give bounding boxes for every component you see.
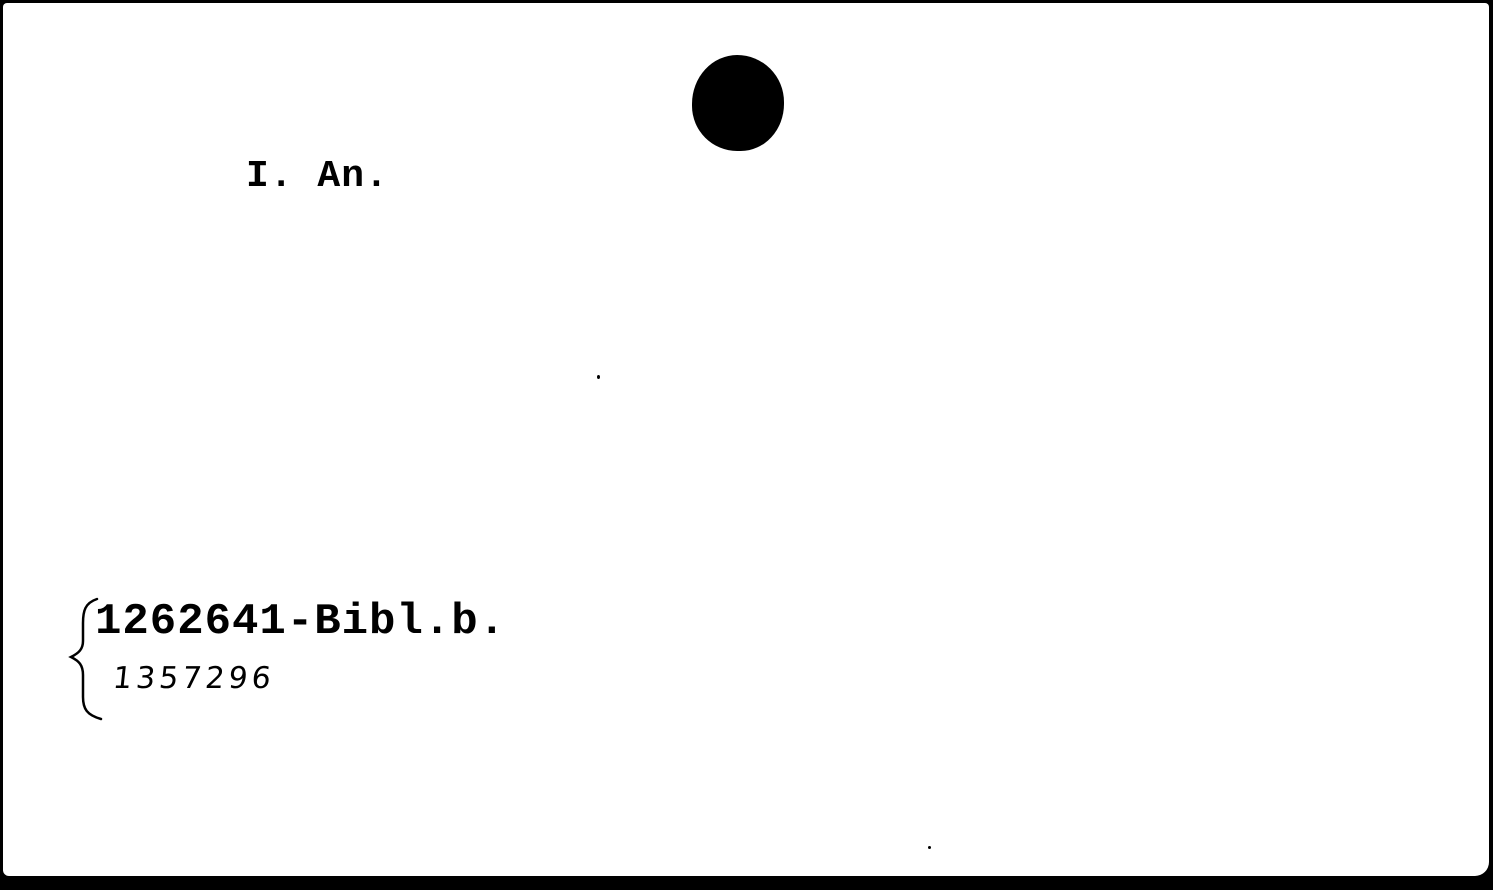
shelfmark-typed: 1262641-Bibl.b. <box>95 600 506 644</box>
punch-hole <box>692 55 784 151</box>
card-heading: I. An. <box>246 155 389 198</box>
scan-speck <box>597 375 600 379</box>
catalog-card: I. An. 1262641-Bibl.b. 1357296 <box>3 3 1489 876</box>
scan-speck <box>928 846 931 849</box>
shelfmark-handwritten: 1357296 <box>111 664 276 694</box>
